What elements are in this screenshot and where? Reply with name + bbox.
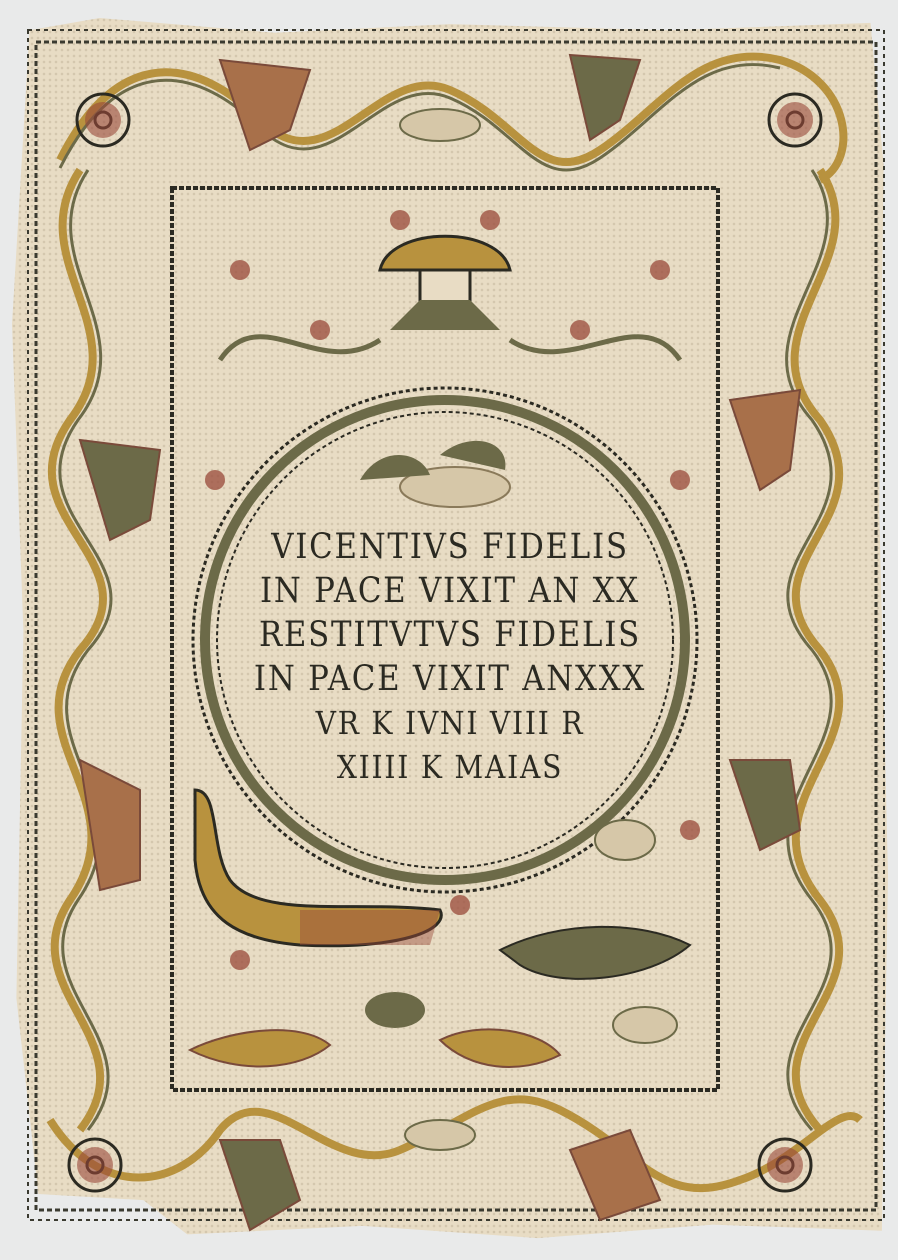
inscription-line-2: IN PACE VIXIT AN XX [230, 569, 670, 613]
inscription-line-5: VR K IVNI VIII R [230, 701, 670, 745]
inscription-line-1: VICENTIVS FIDELIS [230, 525, 670, 569]
inscription-line-4: IN PACE VIXIT ANXXX [230, 657, 670, 701]
inscription-line-3: RESTITVTVS FIDELIS [230, 613, 670, 657]
inscription-line-6: XIIII K MAIAS [230, 745, 670, 789]
funerary-inscription: VICENTIVS FIDELIS IN PACE VIXIT AN XX RE… [200, 525, 700, 789]
